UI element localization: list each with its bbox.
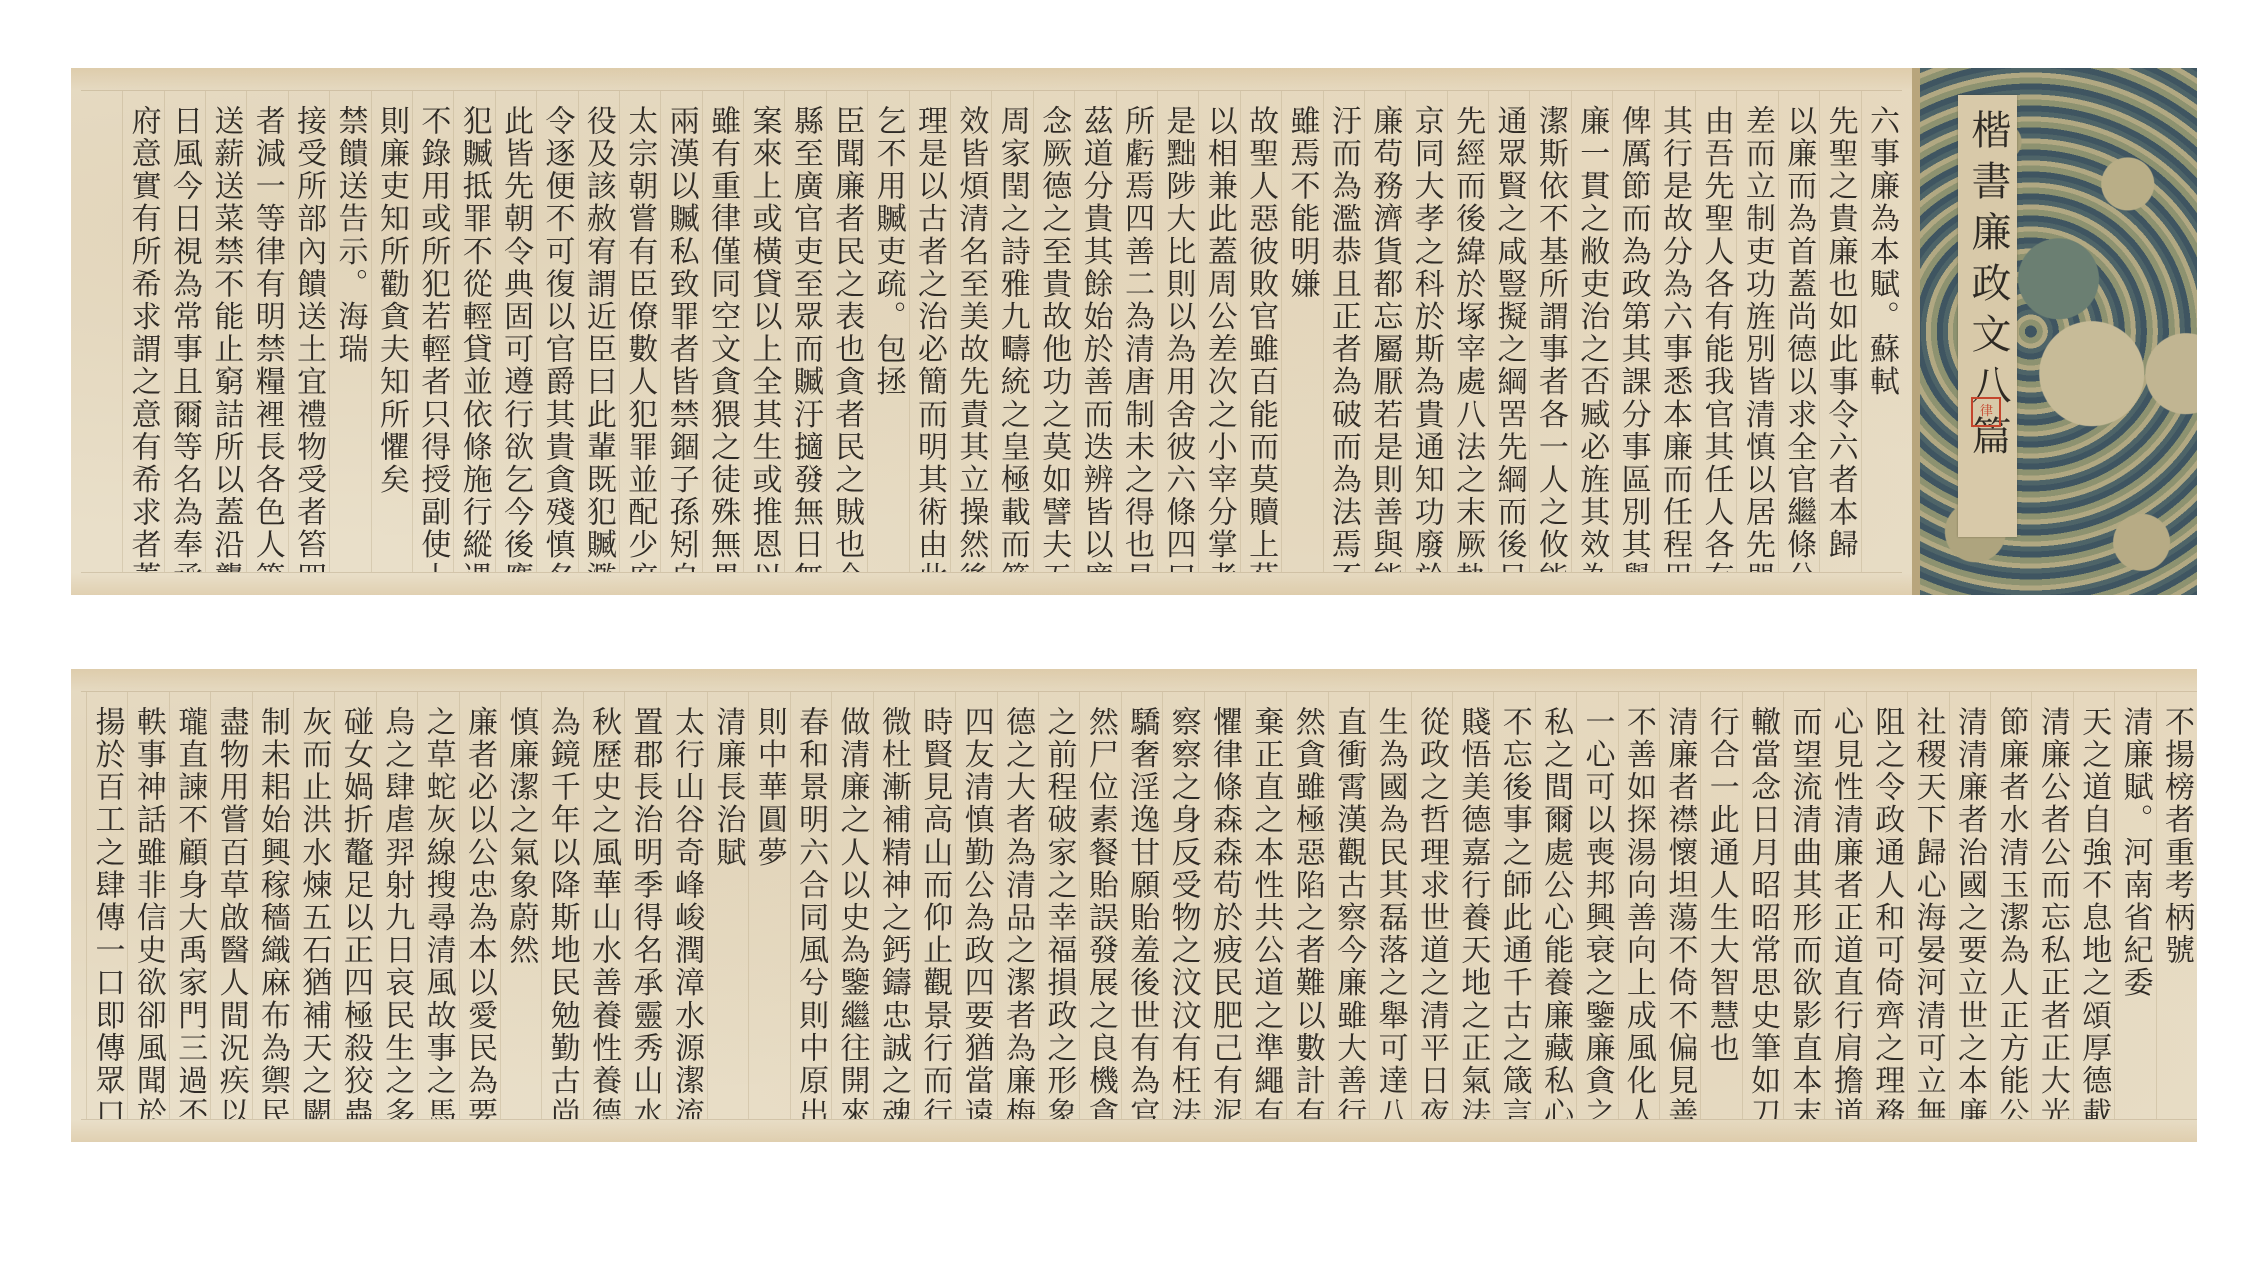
text-column: 之草蛇灰線搜尋清風故事之馬跡蛛絲感慕 — [417, 692, 458, 1119]
text-column: 雖有重律僅同空文貪猥之徒殊無畏憚昔 — [702, 91, 743, 572]
text-column: 四友清慎勤公為政四要猶當遠思古聖近學 — [955, 692, 996, 1119]
text-column: 不錄用或所犯若輕者只得授副使上佐如此 — [412, 91, 453, 572]
text-column: 以廉而為首蓋尚德以求全官繼條分雖等 — [1778, 91, 1819, 572]
top-scroll-panel: 六事廉為本賦。蘇軾先聖之貴廉也如此事令六者本歸一焉各以廉而為首蓋尚德以求全官繼條… — [71, 68, 1912, 595]
text-column: 春和景明六合同風兮則中原出彩九州共賞兮 — [790, 692, 831, 1119]
brocade-mounting — [1912, 68, 2197, 595]
text-column: 懼律條森森苟於疲民肥己有泥鞋自汙者不 — [1204, 692, 1245, 1119]
text-column: 然尸位素餐貽誤發展之良機貪污腐化斷 — [1079, 692, 1120, 1119]
text-column: 不忘後事之師此通千古之箴言也清廉者學 — [1493, 692, 1534, 1119]
text-column: 時賢見高山而仰止觀景行而行止德法兼修 — [914, 692, 955, 1119]
text-column: 先經而後緯於塚宰處八法之末厥執能分在西 — [1447, 91, 1488, 572]
text-column: 兩漢以贓私致罪者皆禁錮子孫矧自犯之乎 — [660, 91, 701, 572]
text-column: 烏之肆虐羿射九日哀民生之多艱愚公移山始 — [376, 692, 417, 1119]
text-column: 此皆先朝令典固可遵行欲乞今後應臣僚 — [495, 91, 536, 572]
text-column: 軼事神話雖非信史欲卻風聞於三家之村聲 — [127, 692, 168, 1119]
text-column: 者減一等律有明禁糧裡長各色人等每每 — [246, 91, 287, 572]
top-scroll-text-columns: 六事廉為本賦。蘇軾先聖之貴廉也如此事令六者本歸一焉各以廉而為首蓋尚德以求全官繼條… — [81, 90, 1902, 573]
text-column: 縣至廣官吏至眾而贓汙擿發無日無之洎具 — [784, 91, 825, 572]
bottom-scroll-text-columns: 不揚榜者重考柄號清廉賦。河南省紀委天之道自強不息地之頌厚德載物人之美公正清廉公者… — [81, 691, 2197, 1120]
text-column: 為鏡千年以降斯地民勉勤古尚儉官崇廉清 — [541, 692, 582, 1119]
text-column: 茲道分貴其餘始於善而迭辨皆以廉而為初 — [1074, 91, 1115, 572]
text-column: 接受所部內饋送土宜禮物受者笞四十與 — [288, 91, 329, 572]
text-column: 令逐便不可復以官爵其貴貪殘慎名器若 — [536, 91, 577, 572]
red-seal-stamp: 律 — [1971, 397, 2001, 427]
text-column: 行合一此通人生大智慧也 — [1700, 692, 1741, 1119]
text-column: 太行山谷奇峰峻潤漳水源潔流清上黨秦時 — [666, 692, 707, 1119]
text-column: 臣聞廉者民之表也貪者民之賊也今天下郡 — [826, 91, 867, 572]
text-column: 節廉者水清玉潔為人正方能公為官廉方通 — [1990, 692, 2031, 1119]
text-column: 生為國為民其磊落之舉可達八極浩然正氣 — [1369, 692, 1410, 1119]
text-column: 察察之身反受物之汶汶有枉法斂財者肆無 — [1162, 692, 1203, 1119]
text-column: 瓏直諫不顧身大禹家門三過不入徇公而忘私 — [169, 692, 210, 1119]
text-column: 棄正直之本性共公道之準繩有弄權徇私者 — [1245, 692, 1286, 1119]
text-column: 汙而為濫恭且正者為破而為法焉不能守節 — [1323, 91, 1364, 572]
title-slip: 楷書廉政文八篇 律 — [1958, 95, 2017, 537]
text-column: 京同大孝之科於斯為貴通知功廢於貪行戒於 — [1405, 91, 1446, 572]
text-column: 清廉者襟懷坦蕩不倚不偏見善如不及見 — [1659, 692, 1700, 1119]
text-column: 廉者必以公忠為本以愛民為要追索上古文 — [459, 692, 500, 1119]
text-column: 一心可以喪邦興衰之鑒廉貪之別不外乎公 — [1576, 692, 1617, 1119]
text-column: 俾厲節而為政第其課分事區別其舉其要分 — [1612, 91, 1653, 572]
text-column: 私之間爾處公心能養廉藏私心則縱貪前事 — [1535, 692, 1576, 1119]
text-column: 慎廉潔之氣象蔚然 — [500, 692, 541, 1119]
text-column: 清廉公者公而忘私正者正大光明清者清峭峻 — [2031, 692, 2072, 1119]
text-column: 犯贓抵罪不從輕貸並依條施行縱遇大赦更 — [453, 91, 494, 572]
text-column: 故聖人惡彼敗官雖百能而莫贖上茲潔行在六計 — [1240, 91, 1281, 572]
text-column: 廉苟務濟貨都忘屬厭若是則善與能者為 — [1364, 91, 1405, 572]
text-column: 賤悟美德嘉行養天地之正氣法古今之賢人析 — [1452, 692, 1493, 1119]
text-column: 做清廉之人以史為鑒繼往開來清風浩然 — [831, 692, 872, 1119]
text-column: 送薪送菜禁不能止窮詰所以蓋沿襲舊 — [205, 91, 246, 572]
text-column: 微杜漸補精神之鈣鑄忠誠之魂養為官之德 — [873, 692, 914, 1119]
text-column: 制未耜始興稼穡織麻布為禦民寒治陶器方 — [252, 692, 293, 1119]
text-column: 揚於百工之肆傳一口即傳眾口贊百年而贊永 — [86, 692, 127, 1119]
bottom-scroll-panel: 不揚榜者重考柄號清廉賦。河南省紀委天之道自強不息地之頌厚德載物人之美公正清廉公者… — [71, 669, 2197, 1142]
text-column: 六事廉為本賦。蘇軾 — [1861, 91, 1902, 572]
text-column: 禁饋送告示。海瑞 — [329, 91, 370, 572]
text-column: 由吾先聖人各有能我官其任人各有德我曰 — [1695, 91, 1736, 572]
text-column: 清廉賦。河南省紀委 — [2114, 692, 2155, 1119]
text-column: 則中華圓夢 — [748, 692, 789, 1119]
text-column: 驕奢淫逸甘願貽羞後世有為官不為者否 — [1121, 692, 1162, 1119]
text-column: 置郡長治明季得名承靈秀山水之神韻秉千 — [624, 692, 665, 1119]
text-column: 太宗朝嘗有臣僚數人犯罪並配少府監隸 — [619, 91, 660, 572]
text-column: 盡物用嘗百草啟醫人間況疾以千丹心七竅玲 — [210, 692, 251, 1119]
text-column: 是黜陟大比則以為用舍彼六條四曰潔吾法俗 — [1157, 91, 1198, 572]
text-column: 社稷天下歸心海晏河清可立無言之信行無 — [1907, 692, 1948, 1119]
text-column: 秋歷史之風華山水善養性養德歷史可為師 — [583, 692, 624, 1119]
text-column: 潔斯依不基所謂事者各一人之攸能所謂賢者 — [1529, 91, 1570, 572]
text-column: 周家閏之詩雅九疇統之皇極載而箕書嘻績 — [991, 91, 1032, 572]
text-column: 役及該赦宥謂近臣曰此輩既犯贓濫只可放 — [578, 91, 619, 572]
text-column: 碰女媧折鼇足以正四極殺狡蟲且濟蒼生積蘆 — [334, 692, 375, 1119]
text-column: 雖焉不能明嫌 — [1281, 91, 1322, 572]
text-column: 日風今日視為常事且爾等名為奉承官 — [164, 91, 205, 572]
text-column: 其行是故分為六事悉本廉而任程用啟庶官 — [1654, 91, 1695, 572]
text-column: 乞不用贓吏疏。包拯 — [867, 91, 908, 572]
text-column: 阻之令政通人和可倚齊之理務誠正之本明 — [1866, 692, 1907, 1119]
text-column: 念厥德之至貴故他功之莫如譬夫五事冠於 — [1033, 91, 1074, 572]
text-column: 不善如探湯向善向上成風化人一心可以興邦 — [1618, 692, 1659, 1119]
text-column: 而望流清曲其形而欲影直本末倒置南轅北 — [1783, 692, 1824, 1119]
text-column: 所虧焉四善二為清唐制未之得也昌曰獨標 — [1116, 91, 1157, 572]
text-column: 之前程破家之幸福損政之形象毀國之根基 — [1038, 692, 1079, 1119]
text-column: 清廉長治賦 — [707, 692, 748, 1119]
text-column: 府意實有所希求謂之意有希求者蓋德官 — [122, 91, 163, 572]
text-column: 理是以古者之治必簡而明其術由此 — [909, 91, 950, 572]
text-column: 差而立制吏功旌別皆清慎以居先器爾界才 — [1736, 91, 1777, 572]
text-column: 直衝霄漢觀古察今廉雖大善行之者卻不 — [1328, 692, 1369, 1119]
text-column: 通眾賢之咸豎擬之綱罟先綱而後目況之布帛 — [1488, 91, 1529, 572]
text-column: 心見性清廉者正道直行肩擔道義獨具原 — [1824, 692, 1865, 1119]
text-column: 效皆煩清名至美故先責其立操然後褒其善 — [950, 91, 991, 572]
text-column: 然貪雖極惡陷之者難以數計有見利忘義 — [1286, 692, 1327, 1119]
text-column: 案來上或橫貸以上全其生或推恩以除其釁 — [743, 91, 784, 572]
text-column: 從政之哲理求世道之清平日夜殫精竭慮四 — [1411, 692, 1452, 1119]
text-column: 德之大者為清品之潔者為廉梅蘭竹菊修身 — [997, 692, 1038, 1119]
text-column: 先聖之貴廉也如此事令六者本歸一焉各 — [1819, 91, 1860, 572]
text-column: 清清廉者治國之要立世之本廉可興家國立 — [1949, 692, 1990, 1119]
text-column: 不揚榜者重考柄號 — [2156, 692, 2197, 1119]
text-column: 以相兼此蓋周公差次之小宰分掌者考課則以 — [1198, 91, 1239, 572]
text-column: 則廉吏知所勸貪夫知所懼矣 — [371, 91, 412, 572]
text-column: 轍當念日月昭昭常思史筆如刀言行篤正知 — [1742, 692, 1783, 1119]
text-column: 廉一貫之敝吏治之否臧必旌其效為民極之令 — [1571, 91, 1612, 572]
text-column: 灰而止洪水煉五石猶補天之闕遺神農嘗帝 — [293, 692, 334, 1119]
text-column: 天之道自強不息地之頌厚德載物人之美公正 — [2073, 692, 2114, 1119]
